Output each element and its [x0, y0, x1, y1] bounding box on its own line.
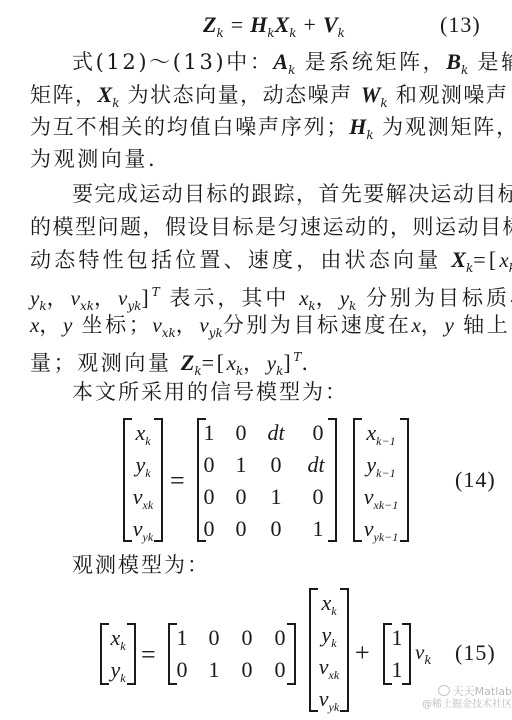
- equation-14-number: (14): [455, 467, 496, 493]
- para1-line1: 式(12)～(13)中：Ak 是系统矩阵，Bk 是输入: [72, 50, 496, 82]
- eq15-noise-vector: 1 1: [383, 623, 411, 685]
- eq15-observation-matrix: 1 0 0 0 0 1 0 0: [168, 623, 296, 685]
- watermark-line1: 天天Matlab: [405, 685, 512, 698]
- para2-line6: 量；观测向量 Zk=[xk，yk]T.: [30, 345, 496, 383]
- para2-line5: x，y 坐标；vxk，vyk分别为目标速度在x，y 轴上的分: [30, 313, 496, 345]
- eq14-lhs-vector: xk yk vxk vyk: [123, 418, 163, 542]
- eq13-z: Z: [203, 12, 216, 37]
- eq15-lhs-vector: xk yk: [100, 623, 136, 685]
- eq15-state-vector: xk yk vxk vyk: [309, 588, 349, 712]
- watermark: 天天Matlab @稀土掘金技术社区: [405, 685, 512, 711]
- eq15-plus: +: [355, 638, 370, 668]
- para2-line1: 要完成运动目标的跟踪，首先要解决运动目标: [72, 182, 496, 206]
- equation-13-number: (13): [440, 12, 481, 38]
- eq15-equals: =: [141, 640, 156, 670]
- para1-line4: 为观测向量.: [30, 147, 496, 171]
- equation-13: Zk = HkXk + Vk: [203, 12, 345, 40]
- para2-line3: 动态特性包括位置、速度，由状态向量 Xk=[xk，: [30, 248, 496, 280]
- eq14-previous-state-vector: xk−1 yk−1 vxk−1 vyk−1: [353, 418, 409, 542]
- eq14-equals: =: [170, 466, 185, 496]
- para2-line2: 的模型问题，假设目标是匀速运动的，则运动目标: [30, 215, 496, 239]
- eq14-transition-matrix: 1 0 dt 0 0 1 0 dt 0 0 1 0 0 0 0 1: [197, 418, 337, 542]
- para1-line2: 矩阵，Xk 为状态向量，动态噪声 Wk 和观测噪声 Vk: [30, 83, 496, 115]
- para4: 观测模型为：: [72, 553, 496, 577]
- eq15-noise-term: vk: [415, 640, 432, 667]
- wechat-icon: [438, 685, 450, 696]
- equation-15-number: (15): [455, 640, 496, 666]
- para3: 本文所采用的信号模型为：: [72, 380, 496, 404]
- para1-line3: 为互不相关的均值白噪声序列；Hk 为观测矩阵，Zk: [30, 115, 496, 147]
- watermark-line2: @稀土掘金技术社区: [405, 698, 512, 711]
